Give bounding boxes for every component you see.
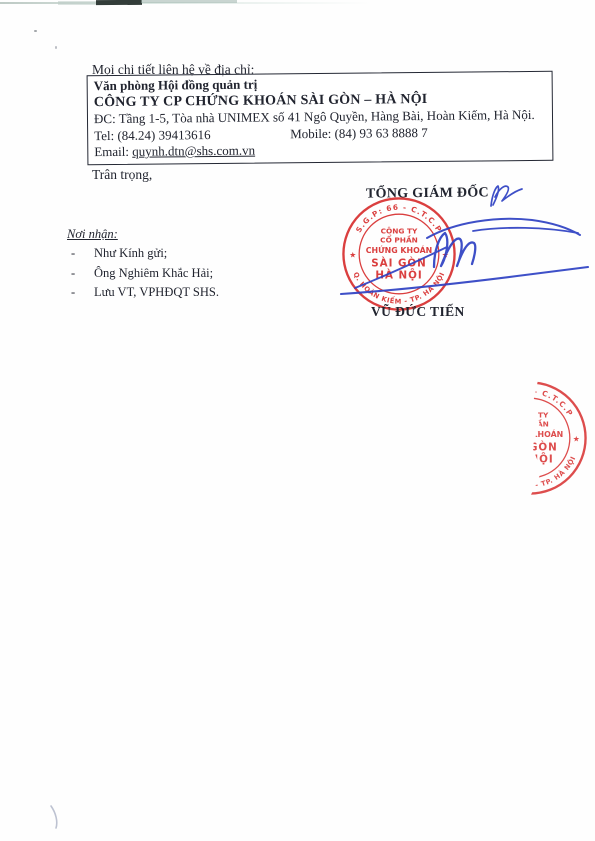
- seal-center-line: CÔNG TY: [512, 410, 549, 419]
- contact-tel: Tel: (84.24) 39413616: [94, 126, 290, 144]
- scan-artifact-mid: [141, 0, 237, 3]
- seal-center-line: SÀI GÒN: [502, 440, 558, 453]
- recipients-heading: Nơi nhận:: [67, 227, 219, 242]
- handwritten-signature: [330, 175, 595, 305]
- closing-salutation: Trân trọng,: [92, 167, 152, 183]
- document-page: Mọi chi tiết liên hệ về địa chỉ: Văn phò…: [0, 0, 595, 841]
- recipient-text: Như Kính gửi;: [94, 246, 167, 261]
- seal-center-line: HÀ NỘI: [506, 453, 553, 466]
- scan-speck: [34, 30, 37, 32]
- recipient-item: - Lưu VT, VPHĐQT SHS.: [67, 285, 219, 300]
- seal-star-left-icon: ★: [480, 434, 487, 443]
- contact-info-box: Văn phòng Hội đồng quản trị CÔNG TY CP C…: [87, 71, 554, 165]
- scan-speck: [55, 46, 57, 49]
- scan-artifact-dark: [96, 0, 142, 5]
- list-dash: -: [67, 246, 94, 261]
- contact-email-address: quynh.dtn@shs.com.vn: [132, 143, 255, 159]
- recipient-text: Lưu VT, VPHĐQT SHS.: [94, 285, 219, 300]
- scan-artifact-soft: [58, 1, 98, 5]
- list-dash: -: [67, 285, 94, 300]
- seal-star-right-icon: ★: [573, 434, 580, 443]
- contact-mobile: Mobile: (84) 93 63 8888 7: [290, 124, 428, 142]
- recipients-block: Nơi nhận: - Như Kính gửi; - Ông Nghiêm K…: [67, 227, 219, 305]
- recipient-item: - Ông Nghiêm Khắc Hải;: [67, 266, 219, 281]
- seal-center-line: CHỨNG KHOÁN: [497, 428, 563, 439]
- signer-name: VŨ ĐỨC TIẾN: [371, 304, 465, 320]
- contact-email-line: Email: quynh.dtn@shs.com.vn: [94, 140, 546, 161]
- contact-email-label: Email:: [94, 144, 132, 159]
- pen-mark: [44, 800, 66, 836]
- partial-seal-stamp: S.G.P: 66 - C.T.C.P Q. HOÀN KIẾM - TP. H…: [471, 379, 589, 497]
- list-dash: -: [67, 266, 94, 281]
- recipient-item: - Như Kính gửi;: [67, 246, 219, 261]
- recipient-text: Ông Nghiêm Khắc Hải;: [94, 266, 213, 281]
- seal-center-line: CỔ PHẦN: [511, 419, 549, 429]
